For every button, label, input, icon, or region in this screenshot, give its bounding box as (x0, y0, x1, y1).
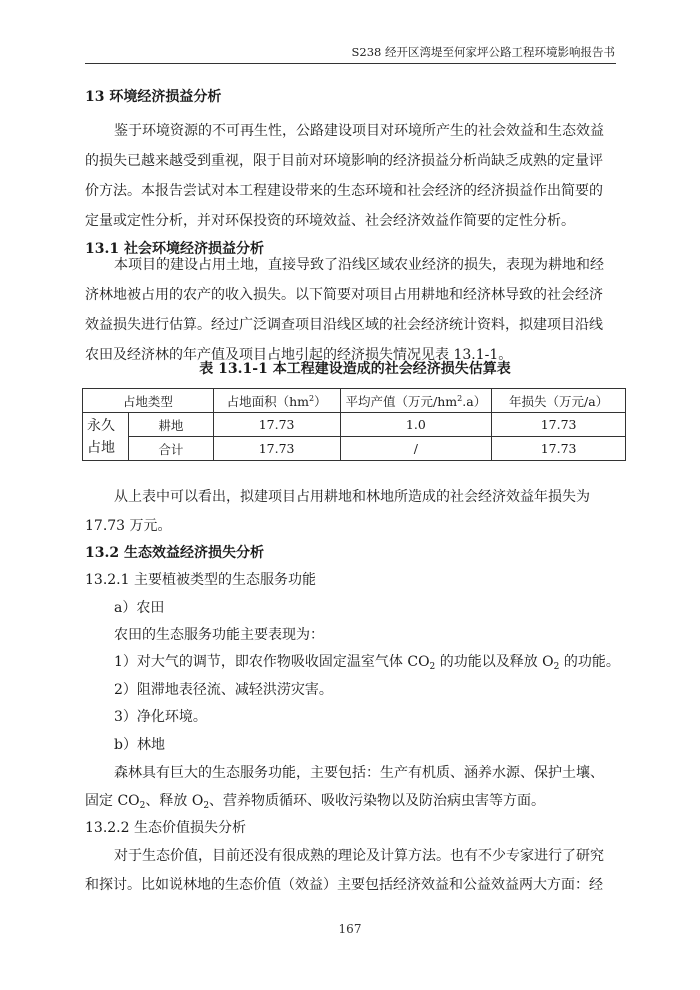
paragraph-line: 价方法。本报告尝试对本工程建设带来的生态环境和社会经济的经济损益作出简要的 (85, 181, 603, 201)
cell-avg: 1.0 (340, 413, 492, 437)
list-item-2: 2）阻滞地表径流、减轻洪涝灾害。 (114, 680, 333, 700)
cell-area: 17.73 (213, 413, 340, 437)
paragraph-line: 的损失已越来越受到重视，限于目前对环境影响的经济损益分析尚缺乏成熟的定量评 (85, 151, 603, 171)
header-land-type: 占地类型 (83, 389, 214, 413)
header-area: 占地面积（hm2） (213, 389, 340, 413)
section-13-2-heading: 13.2 生态效益经济损失分析 (85, 543, 264, 563)
header-rule (85, 63, 616, 64)
paragraph-line: 从上表中可以看出，拟建项目占用耕地和林地所造成的社会经济效益年损失为 (114, 487, 590, 507)
header-avg-output: 平均产值（万元/hm2.a） (340, 389, 492, 413)
cell-type: 耕地 (128, 413, 213, 437)
section-13-heading: 13 环境经济损益分析 (85, 87, 221, 107)
cell-loss: 17.73 (492, 437, 626, 461)
running-header: S238 经开区湾堤至何家坪公路工程环境影响报告书 (85, 44, 615, 60)
paragraph-line: 济林地被占用的农产的收入损失。以下简要对项目占用耕地和经济林导致的社会经济 (85, 285, 603, 305)
paragraph-line: 森林具有巨大的生态服务功能，主要包括：生产有机质、涵养水源、保护土壤、 (114, 763, 604, 783)
table-row: 永久占地 耕地 17.73 1.0 17.73 (83, 413, 626, 437)
list-item-a: a）农田 (114, 598, 164, 618)
paragraph-line: 固定 CO2、释放 O2、营养物质循环、吸收污染物以及防治病虫害等方面。 (85, 791, 545, 811)
list-item-b: b）林地 (114, 735, 165, 755)
paragraph-line: 和探讨。比如说林地的生态价值（效益）主要包括经济效益和公益效益两大方面：经 (85, 875, 603, 895)
table-caption: 表 13.1-1 本工程建设造成的社会经济损失估算表 (85, 359, 625, 379)
paragraph-line: 对于生态价值，目前还没有很成熟的理论及计算方法。也有不少专家进行了研究 (114, 846, 604, 866)
paragraph-line: 农田的生态服务功能主要表现为： (114, 625, 324, 645)
paragraph-line: 鉴于环境资源的不可再生性，公路建设项目对环境所产生的社会效益和生态效益 (114, 121, 604, 141)
loss-estimate-table: 占地类型 占地面积（hm2） 平均产值（万元/hm2.a） 年损失（万元/a） … (82, 388, 626, 461)
table-header-row: 占地类型 占地面积（hm2） 平均产值（万元/hm2.a） 年损失（万元/a） (83, 389, 626, 413)
paragraph-line: 定量或定性分析，并对环保投资的环境效益、社会经济效益作简要的定性分析。 (85, 211, 575, 231)
header-annual-loss: 年损失（万元/a） (492, 389, 626, 413)
list-item-1: 1）对大气的调节，即农作物吸收固定温室气体 CO2 的功能以及释放 O2 的功能… (114, 652, 620, 672)
page-number: 167 (0, 922, 700, 936)
cell-area: 17.73 (213, 437, 340, 461)
section-13-2-2-heading: 13.2.2 生态价值损失分析 (85, 818, 246, 838)
section-13-2-1-heading: 13.2.1 主要植被类型的生态服务功能 (85, 570, 316, 590)
cell-loss: 17.73 (492, 413, 626, 437)
cell-avg: / (340, 437, 492, 461)
paragraph-line: 效益损失进行估算。经过广泛调查项目沿线区域的社会经济统计资料，拟建项目沿线 (85, 315, 603, 335)
cell-type: 合计 (128, 437, 213, 461)
list-item-3: 3）净化环境。 (114, 707, 207, 727)
paragraph-line: 17.73 万元。 (85, 516, 172, 536)
group-permanent-land: 永久占地 (83, 413, 129, 461)
table-row: 合计 17.73 / 17.73 (83, 437, 626, 461)
paragraph-line: 本项目的建设占用土地，直接导致了沿线区域农业经济的损失，表现为耕地和经 (114, 255, 604, 275)
